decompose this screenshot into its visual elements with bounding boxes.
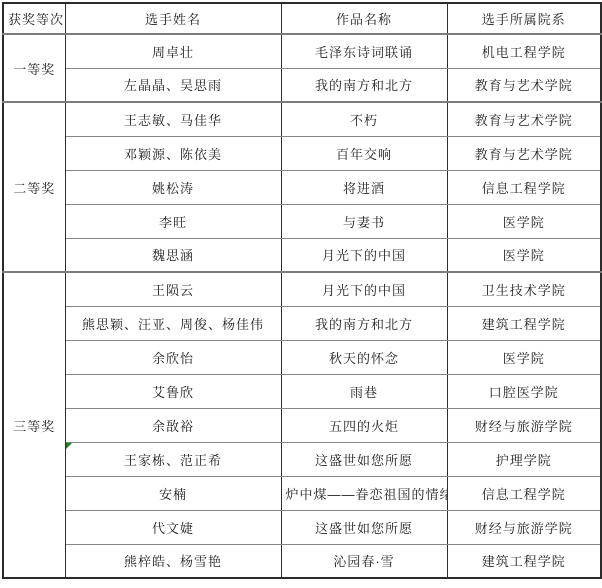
department-cell[interactable]: 信息工程学院 <box>447 476 601 510</box>
contestant-name-cell[interactable]: 熊梓皓、杨雪艳 <box>65 544 281 578</box>
work-title-cell[interactable]: 雨巷 <box>281 374 447 408</box>
table-row: 熊思颖、汪亚、周俊、杨佳伟我的南方和北方建筑工程学院 <box>3 306 601 340</box>
work-title-cell[interactable]: 五四的火炬 <box>281 408 447 442</box>
table-row: 余欣怡秋天的怀念医学院 <box>3 340 601 374</box>
work-title-cell[interactable]: 这盛世如您所愿 <box>281 442 447 476</box>
contestant-name-cell[interactable]: 王家栋、范正希 <box>65 442 281 476</box>
department-cell[interactable]: 建筑工程学院 <box>447 544 601 578</box>
contestant-name-cell[interactable]: 邓颖源、陈依美 <box>65 136 281 170</box>
work-title-cell[interactable]: 这盛世如您所愿 <box>281 510 447 544</box>
contestant-name-cell[interactable]: 王陨云 <box>65 272 281 306</box>
contestant-name-cell[interactable]: 熊思颖、汪亚、周俊、杨佳伟 <box>65 306 281 340</box>
column-header-contestant-name[interactable]: 选手姓名 <box>65 3 281 34</box>
award-level-cell[interactable]: 三等奖 <box>3 272 65 578</box>
awards-table: 获奖等次 选手姓名 作品名称 选手所属院系 一等奖周卓壮毛泽东诗词联诵机电工程学… <box>2 2 602 579</box>
contestant-name-cell[interactable]: 周卓壮 <box>65 34 281 68</box>
contestant-name-cell[interactable]: 左晶晶、吴思雨 <box>65 68 281 102</box>
department-cell[interactable]: 财经与旅游学院 <box>447 408 601 442</box>
contestant-name-cell[interactable]: 余敔裕 <box>65 408 281 442</box>
table-row: 左晶晶、吴思雨我的南方和北方教育与艺术学院 <box>3 68 601 102</box>
work-title-cell[interactable]: 不朽 <box>281 102 447 136</box>
department-cell[interactable]: 口腔医学院 <box>447 374 601 408</box>
work-title-cell[interactable]: 将进酒 <box>281 170 447 204</box>
department-cell[interactable]: 医学院 <box>447 340 601 374</box>
work-title-cell[interactable]: 与妻书 <box>281 204 447 238</box>
department-cell[interactable]: 教育与艺术学院 <box>447 68 601 102</box>
table-row: 艾鲁欣雨巷口腔医学院 <box>3 374 601 408</box>
header-row: 获奖等次 选手姓名 作品名称 选手所属院系 <box>3 3 601 34</box>
work-title-cell[interactable]: 月光下的中国 <box>281 272 447 306</box>
spreadsheet-area: 获奖等次 选手姓名 作品名称 选手所属院系 一等奖周卓壮毛泽东诗词联诵机电工程学… <box>0 0 602 588</box>
column-header-department[interactable]: 选手所属院系 <box>447 3 601 34</box>
table-row: 三等奖王陨云月光下的中国卫生技术学院 <box>3 272 601 306</box>
contestant-name-cell[interactable]: 艾鲁欣 <box>65 374 281 408</box>
table-row: 一等奖周卓壮毛泽东诗词联诵机电工程学院 <box>3 34 601 68</box>
work-title-cell[interactable]: 炉中煤——眷恋祖国的情绪 <box>281 476 447 510</box>
contestant-name-cell[interactable]: 代文婕 <box>65 510 281 544</box>
department-cell[interactable]: 卫生技术学院 <box>447 272 601 306</box>
work-title-cell[interactable]: 百年交响 <box>281 136 447 170</box>
table-body: 一等奖周卓壮毛泽东诗词联诵机电工程学院左晶晶、吴思雨我的南方和北方教育与艺术学院… <box>3 34 601 578</box>
contestant-name-cell[interactable]: 魏思涵 <box>65 238 281 272</box>
work-title-cell[interactable]: 沁园春·雪 <box>281 544 447 578</box>
table-row: 余敔裕五四的火炬财经与旅游学院 <box>3 408 601 442</box>
work-title-cell[interactable]: 月光下的中国 <box>281 238 447 272</box>
department-cell[interactable]: 医学院 <box>447 204 601 238</box>
department-cell[interactable]: 建筑工程学院 <box>447 306 601 340</box>
contestant-name-cell[interactable]: 余欣怡 <box>65 340 281 374</box>
table-row: 魏思涵月光下的中国医学院 <box>3 238 601 272</box>
award-level-cell[interactable]: 一等奖 <box>3 34 65 102</box>
table-row: 李旺与妻书医学院 <box>3 204 601 238</box>
table-row: 安楠炉中煤——眷恋祖国的情绪信息工程学院 <box>3 476 601 510</box>
contestant-name-cell[interactable]: 李旺 <box>65 204 281 238</box>
department-cell[interactable]: 护理学院 <box>447 442 601 476</box>
contestant-name-cell[interactable]: 姚松涛 <box>65 170 281 204</box>
contestant-name-cell[interactable]: 安楠 <box>65 476 281 510</box>
department-cell[interactable]: 医学院 <box>447 238 601 272</box>
award-level-cell[interactable]: 二等奖 <box>3 102 65 272</box>
department-cell[interactable]: 机电工程学院 <box>447 34 601 68</box>
department-cell[interactable]: 教育与艺术学院 <box>447 102 601 136</box>
work-title-cell[interactable]: 我的南方和北方 <box>281 68 447 102</box>
work-title-cell[interactable]: 我的南方和北方 <box>281 306 447 340</box>
table-header: 获奖等次 选手姓名 作品名称 选手所属院系 <box>3 3 601 34</box>
department-cell[interactable]: 财经与旅游学院 <box>447 510 601 544</box>
work-title-cell[interactable]: 秋天的怀念 <box>281 340 447 374</box>
table-row: 姚松涛将进酒信息工程学院 <box>3 170 601 204</box>
table-row: 熊梓皓、杨雪艳沁园春·雪建筑工程学院 <box>3 544 601 578</box>
cell-error-indicator-icon <box>66 443 72 449</box>
column-header-award-level[interactable]: 获奖等次 <box>3 3 65 34</box>
work-title-cell[interactable]: 毛泽东诗词联诵 <box>281 34 447 68</box>
department-cell[interactable]: 信息工程学院 <box>447 170 601 204</box>
column-header-work-title[interactable]: 作品名称 <box>281 3 447 34</box>
table-row: 邓颖源、陈依美百年交响教育与艺术学院 <box>3 136 601 170</box>
department-cell[interactable]: 教育与艺术学院 <box>447 136 601 170</box>
table-row: 代文婕这盛世如您所愿财经与旅游学院 <box>3 510 601 544</box>
table-row: 王家栋、范正希这盛世如您所愿护理学院 <box>3 442 601 476</box>
contestant-name-cell[interactable]: 王志敏、马佳华 <box>65 102 281 136</box>
table-row: 二等奖王志敏、马佳华不朽教育与艺术学院 <box>3 102 601 136</box>
